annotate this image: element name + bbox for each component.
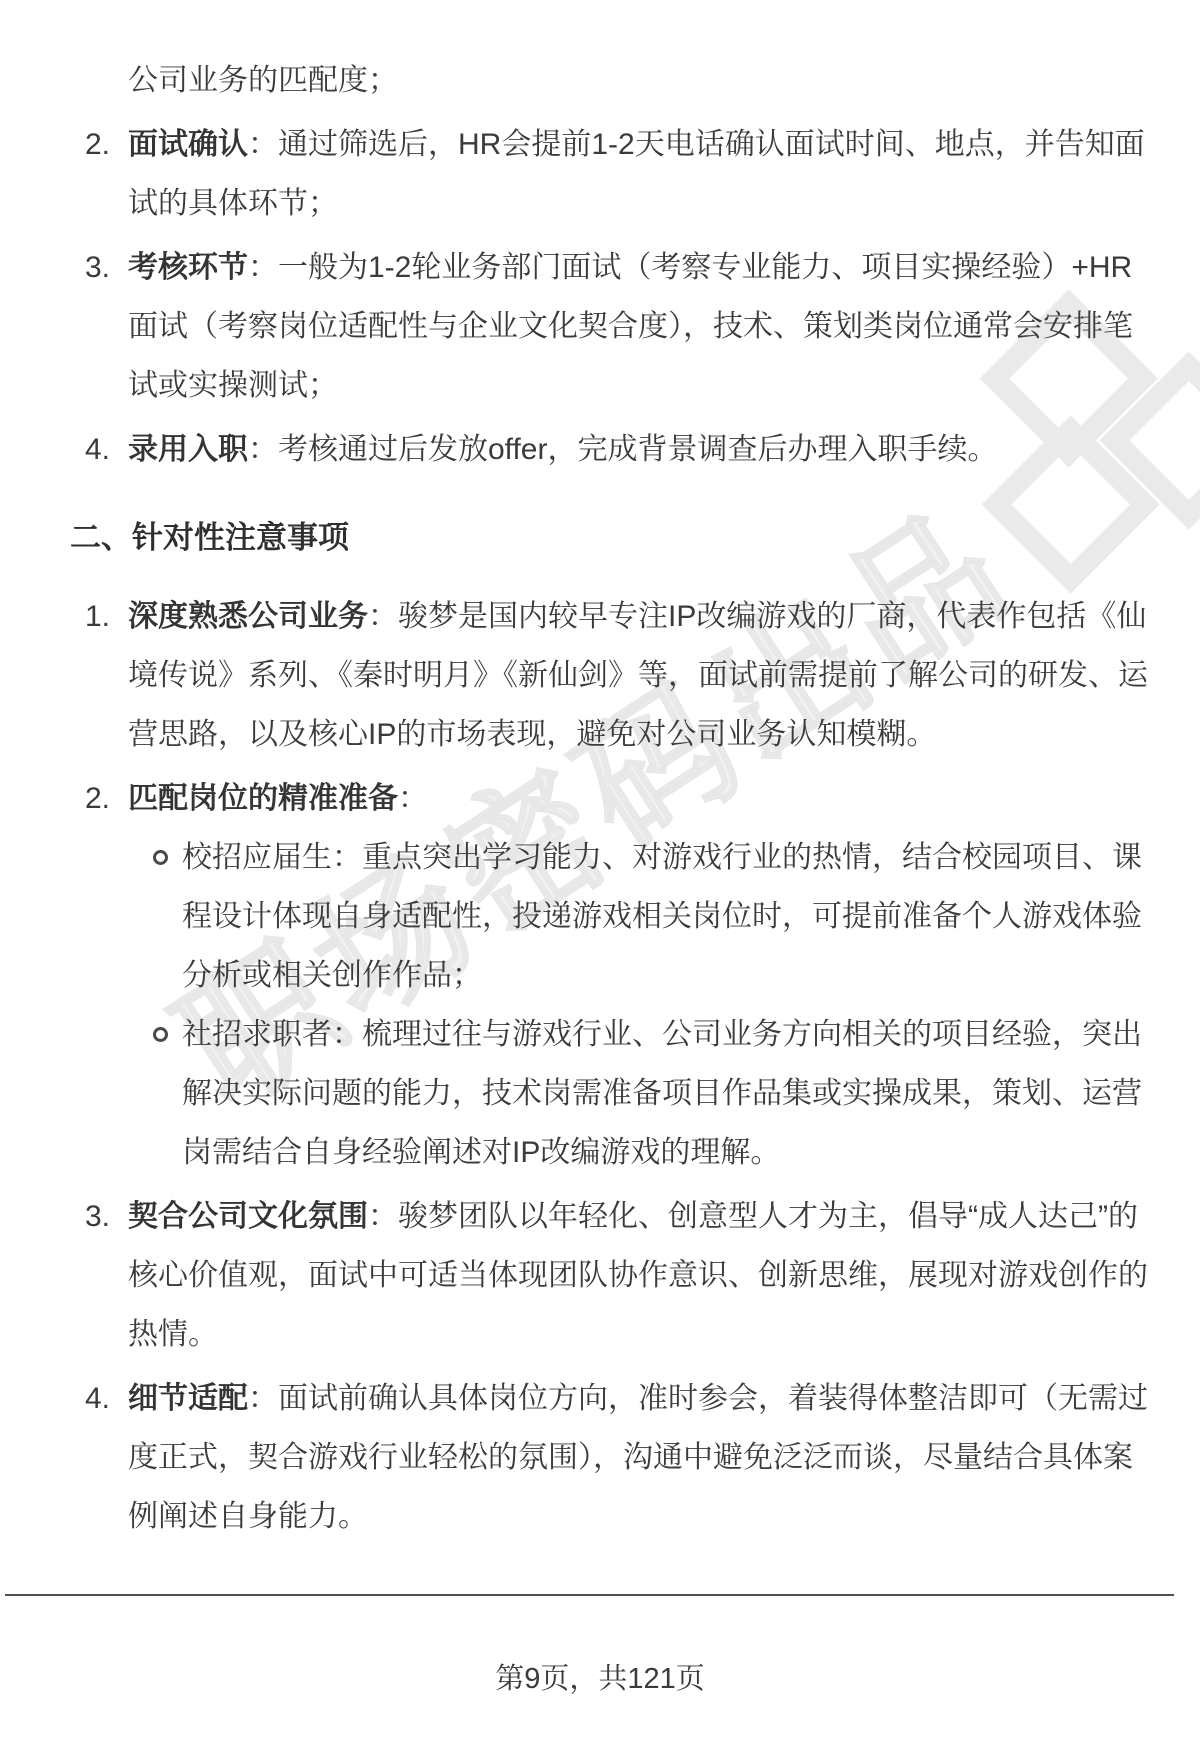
note-number: 3. bbox=[85, 1187, 128, 1364]
colon: ： bbox=[248, 1382, 278, 1415]
note-label: 契合公司文化氛围 bbox=[128, 1200, 368, 1233]
procedure-step-item: 4. 录用入职：考核通过后发放offer，完成背景调查后办理入职手续。 bbox=[70, 420, 1152, 479]
step-number: 3. bbox=[85, 238, 128, 415]
circle-bullet-icon bbox=[153, 1027, 168, 1042]
note-label: 深度熟悉公司业务 bbox=[128, 600, 368, 633]
step-label: 考核环节 bbox=[128, 251, 248, 284]
colon: ： bbox=[248, 128, 278, 161]
sub-bullet-text: 校招应届生：重点突出学习能力、对游戏行业的热情，结合校园项目、课程设计体现自身适… bbox=[182, 828, 1152, 1005]
step-text: 考核环节：一般为1-2轮业务部门面试（考察专业能力、项目实操经验）+HR面试（考… bbox=[128, 238, 1152, 415]
step-text: 面试确认：通过筛选后，HR会提前1-2天电话确认面试时间、地点，并告知面试的具体… bbox=[128, 115, 1152, 233]
note-text: 契合公司文化氛围：骏梦团队以年轻化、创意型人才为主，倡导“成人达己”的核心价值观… bbox=[128, 1187, 1152, 1364]
step-label: 录用入职 bbox=[128, 433, 248, 466]
colon: ： bbox=[248, 251, 278, 284]
note-item: 4. 细节适配：面试前确认具体岗位方向，准时参会，着装得体整洁即可（无需过度正式… bbox=[70, 1369, 1152, 1546]
step-body: 一般为1-2轮业务部门面试（考察专业能力、项目实操经验）+HR面试（考察岗位适配… bbox=[128, 251, 1133, 402]
page-number-text: 第9页，共121页 bbox=[495, 1663, 705, 1695]
step-text: 录用入职：考核通过后发放offer，完成背景调查后办理入职手续。 bbox=[128, 420, 1152, 479]
sub-bullet-item: 社招求职者：梳理过往与游戏行业、公司业务方向相关的项目经验，突出解决实际问题的能… bbox=[153, 1005, 1152, 1182]
note-text: 深度熟悉公司业务：骏梦是国内较早专注IP改编游戏的厂商，代表作包括《仙境传说》系… bbox=[128, 587, 1152, 764]
note-number: 4. bbox=[85, 1369, 128, 1546]
note-number: 1. bbox=[85, 587, 128, 764]
footer-divider bbox=[5, 1594, 1174, 1596]
page-content: 公司业务的匹配度； 2. 面试确认：通过筛选后，HR会提前1-2天电话确认面试时… bbox=[0, 0, 1200, 1546]
note-item: 2. 匹配岗位的精准准备： 校招应届生：重点突出学习能力、对游戏行业的热情，结合… bbox=[70, 769, 1152, 1182]
step-body: 考核通过后发放offer，完成背景调查后办理入职手续。 bbox=[278, 433, 998, 466]
paragraph-tail-line: 公司业务的匹配度； bbox=[128, 51, 1152, 110]
sub-bullet-text: 社招求职者：梳理过往与游戏行业、公司业务方向相关的项目经验，突出解决实际问题的能… bbox=[182, 1005, 1152, 1182]
note-text: 细节适配：面试前确认具体岗位方向，准时参会，着装得体整洁即可（无需过度正式，契合… bbox=[128, 1369, 1152, 1546]
colon: ： bbox=[398, 782, 428, 815]
procedure-step-item: 3. 考核环节：一般为1-2轮业务部门面试（考察专业能力、项目实操经验）+HR面… bbox=[70, 238, 1152, 415]
sub-bullet-item: 校招应届生：重点突出学习能力、对游戏行业的热情，结合校园项目、课程设计体现自身适… bbox=[153, 828, 1152, 1005]
colon: ： bbox=[368, 1200, 398, 1233]
colon: ： bbox=[368, 600, 398, 633]
document-page: 职场密码出品 公司业务的匹配度； 2. 面试确认：通过筛选后，HR会提前1-2天… bbox=[0, 0, 1200, 1755]
note-body: 面试前确认具体岗位方向，准时参会，着装得体整洁即可（无需过度正式，契合游戏行业轻… bbox=[128, 1382, 1148, 1533]
page-footer: 第9页，共121页 bbox=[0, 1656, 1200, 1697]
procedure-step-item: 2. 面试确认：通过筛选后，HR会提前1-2天电话确认面试时间、地点，并告知面试… bbox=[70, 115, 1152, 233]
circle-bullet-icon bbox=[153, 850, 168, 865]
step-body: 通过筛选后，HR会提前1-2天电话确认面试时间、地点，并告知面试的具体环节； bbox=[128, 128, 1145, 220]
step-label: 面试确认 bbox=[128, 128, 248, 161]
note-label-line: 匹配岗位的精准准备： bbox=[128, 769, 1152, 828]
step-number: 2. bbox=[85, 115, 128, 233]
note-number: 2. bbox=[85, 769, 128, 1182]
note-item: 1. 深度熟悉公司业务：骏梦是国内较早专注IP改编游戏的厂商，代表作包括《仙境传… bbox=[70, 587, 1152, 764]
note-item: 3. 契合公司文化氛围：骏梦团队以年轻化、创意型人才为主，倡导“成人达己”的核心… bbox=[70, 1187, 1152, 1364]
section-heading: 二、针对性注意事项 bbox=[70, 515, 1152, 561]
note-text: 匹配岗位的精准准备： 校招应届生：重点突出学习能力、对游戏行业的热情，结合校园项… bbox=[128, 769, 1152, 1182]
note-label: 匹配岗位的精准准备 bbox=[128, 782, 398, 815]
note-label: 细节适配 bbox=[128, 1382, 248, 1415]
colon: ： bbox=[248, 433, 278, 466]
step-number: 4. bbox=[85, 420, 128, 479]
